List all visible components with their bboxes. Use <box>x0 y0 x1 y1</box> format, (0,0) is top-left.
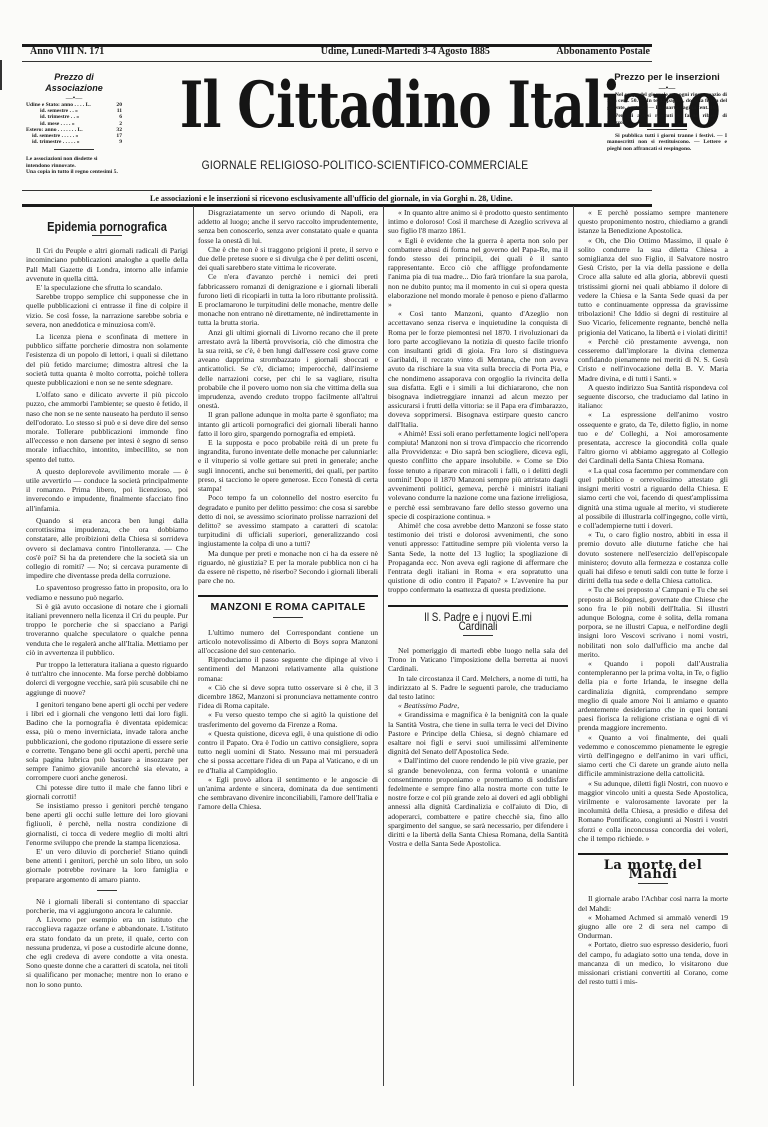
paragraph: « E perchè possiamo sempre mantenere que… <box>578 208 728 236</box>
paragraph: Ce n'era d'avanzo perchè i nemici dei pr… <box>198 272 378 327</box>
paragraph: A questo deplorevole avvilimento morale … <box>26 467 188 513</box>
paragraph: « Quando i popoli dall'Australia contemp… <box>578 659 728 733</box>
price-row: id. trimestre . . . . . »9 <box>26 139 122 145</box>
divider <box>92 235 122 236</box>
subscription-title: Prezzo di Associazione <box>26 72 122 94</box>
date-bar: Anno VIII N. 171 Udine, Lunedì-Martedì 3… <box>30 46 650 60</box>
headline-epidemia: Epidemia pornografica <box>38 222 176 231</box>
subscription-note: Una copia in tutto il regno centesimi 5. <box>26 169 122 175</box>
paragraph: Si è già avuto occasione di notare che i… <box>26 602 188 657</box>
section-rule <box>198 595 378 597</box>
paragraph: « Perchè ciò prestamente avvenga, non ce… <box>578 337 728 383</box>
paragraph: Sarebbe troppo semplice chi supponesse c… <box>26 292 188 329</box>
paragraph: « Fu verso questo tempo che si agitò la … <box>198 710 378 728</box>
divider <box>638 883 668 884</box>
ornament: —•— <box>26 94 122 102</box>
paragraph: I genitori tengano bene aperti gli occhi… <box>26 700 188 783</box>
notice-rule-top <box>22 190 652 191</box>
paragraph: A questo indirizzo Sua Santità rispondev… <box>578 383 728 411</box>
paragraph: « In quanto altre animo si è prodotto qu… <box>388 208 568 236</box>
masthead-subtitle: GIORNALE RELIGIOSO-POLITICO-SCIENTIFICO-… <box>180 158 550 172</box>
section-rule <box>388 605 568 607</box>
ornament: —•— <box>607 84 727 92</box>
masthead-title: Il Cittadino Italiano <box>180 70 548 142</box>
column-3: « In quanto altre animo si è prodotto qu… <box>388 208 568 1088</box>
paragraph: « Così tanto Manzoni, quanto d'Azeglio n… <box>388 309 568 429</box>
paragraph: La licenza piena e sconfinata di mettere… <box>26 332 188 387</box>
paragraph: E' la speculazione che sfrutta lo scanda… <box>26 283 188 292</box>
paragraph: « Questa quistione, diceva egli, è una q… <box>198 729 378 775</box>
paragraph: « Ciò che si deve sopra tutto osservare … <box>198 683 378 711</box>
paragraph: Anzi gli ultimi giornali di Livorno reca… <box>198 328 378 411</box>
insertions-box: Prezzo per le inserzioni —•— Nel corpo d… <box>607 72 727 154</box>
paragraph: « Quanto a voi finalmente, dei quali ved… <box>578 733 728 779</box>
paragraph: A Livorno per esempio era un istituto ch… <box>26 915 188 989</box>
paragraph: Lo spaventoso progresso fatto in proposi… <box>26 583 188 601</box>
divider <box>54 149 94 150</box>
top-rule-lower <box>22 61 652 62</box>
paragraph: « Egli provò allora il sentimento e le a… <box>198 775 378 812</box>
paragraph: « Dall'intimo del cuore rendendo le più … <box>388 756 568 848</box>
headline-cardinali: Il S. Padre e i nuovi E.mi Cardinali <box>404 613 552 631</box>
column-4: « E perchè possiamo sempre mantenere que… <box>578 208 728 1088</box>
paragraph: Che è che non è si traggono prigioni il … <box>198 245 378 273</box>
insertions-rates: Nel corpo del giornale per ogni riga o s… <box>607 92 727 111</box>
paragraph: Ahimè! che cosa avrebbe detto Manzoni se… <box>388 521 568 595</box>
insertions-title: Prezzo per le inserzioni <box>607 72 727 84</box>
headline-mahdi: La morte del Mahdi <box>578 861 728 879</box>
paragraph: E' un vero diluvio di porcherie! Stiano … <box>26 847 188 884</box>
notice-rule-bottom <box>22 204 652 207</box>
paragraph: L'ultimo numero del Correspondant contie… <box>198 628 378 656</box>
column-1: Epidemia pornografica Il Cri du Peuple e… <box>26 208 188 989</box>
paragraph: Il giornale arabo l'Achbar così narra la… <box>578 894 728 912</box>
paragraph: « Su adunque, diletti figli Nostri, con … <box>578 779 728 843</box>
headline-manzoni: MANZONI E ROMA CAPITALE <box>198 603 378 612</box>
column-2: Disgraziatamente un servo oriundo di Nap… <box>198 208 378 1088</box>
paragraph: E la supposta e poco probabile reità di … <box>198 438 378 493</box>
paragraph: Disgraziatamente un servo oriundo di Nap… <box>198 208 378 245</box>
paragraph: « Grandissima e magnifica è la benignità… <box>388 710 568 756</box>
paragraph: Riproduciamo il passo seguente che dipin… <box>198 655 378 683</box>
issue-number: Anno VIII N. 171 <box>30 46 104 60</box>
subscription-box: Prezzo di Associazione —•— Udine e Stato… <box>26 72 122 175</box>
paragraph: « Tu, o caro figlio nostro, abbiti in es… <box>578 530 728 585</box>
paragraph: « La qual cosa facemmo per commendare co… <box>578 466 728 530</box>
column-divider <box>573 206 574 1086</box>
divider <box>97 890 117 891</box>
scan-edge <box>0 60 2 90</box>
paragraph: In tale circostanza il Card. Melchers, a… <box>388 674 568 702</box>
paragraph: Nel pomeriggio di martedì ebbe luogo nel… <box>388 646 568 674</box>
postal-label: Abbonamento Postale <box>556 46 650 60</box>
paragraph: Poco tempo fa un colonnello del nostro e… <box>198 493 378 548</box>
paragraph: « Ahimè! Essi soli erano perfettamente l… <box>388 429 568 521</box>
paragraph: Nè i giornali liberali si contentano di … <box>26 897 188 915</box>
paragraph: « Beatissimo Padre, <box>388 701 568 710</box>
insertions-discount: Per gli avvisi ripetuti si fanno ribassi… <box>607 113 727 126</box>
column-divider <box>193 206 194 1086</box>
paragraph: Il gran pallone adunque in molta parte è… <box>198 410 378 438</box>
office-notice: Le associazioni e le inserzioni si ricev… <box>150 194 730 203</box>
paragraph: Chi potesse dire tutto il male che fanno… <box>26 783 188 801</box>
paragraph: Se insistiamo presso i genitori perchè t… <box>26 801 188 847</box>
divider <box>647 129 687 130</box>
paragraph: « Tu che sei preposto a' Campani e Tu ch… <box>578 585 728 659</box>
publication-notice: Si pubblica tutti i giorni tranne i fest… <box>607 133 727 152</box>
paragraph: « Mohamed Achmed si ammalò venerdì 19 gi… <box>578 913 728 941</box>
column-divider <box>383 206 384 1086</box>
dateline: Udine, Lunedì-Martedì 3-4 Agosto 1885 <box>321 46 490 60</box>
paragraph: « La espressione dell'animo vostro osseq… <box>578 410 728 465</box>
paragraph: Pur troppo la letteratura italiana a que… <box>26 660 188 697</box>
subscription-note: Le associazioni non disdette si intendon… <box>26 156 122 168</box>
paragraph: Quando si era ancora ben lungi dalla cor… <box>26 516 188 580</box>
paragraph: « Oh, che Dio Ottimo Massimo, il quale è… <box>578 236 728 337</box>
paragraph: Ma dunque per preti e monache non ci ha … <box>198 549 378 586</box>
divider <box>273 617 303 618</box>
paragraph: « Portato, dietro suo espresso desiderio… <box>578 940 728 986</box>
divider <box>463 635 493 636</box>
paragraph: Il Cri du Peuple e altri giornali radica… <box>26 246 188 283</box>
section-rule <box>578 853 728 855</box>
paragraph: L'olfato sano e dilicato avverte il più … <box>26 390 188 464</box>
paragraph: « Egli è evidente che la guerra è aperta… <box>388 236 568 310</box>
